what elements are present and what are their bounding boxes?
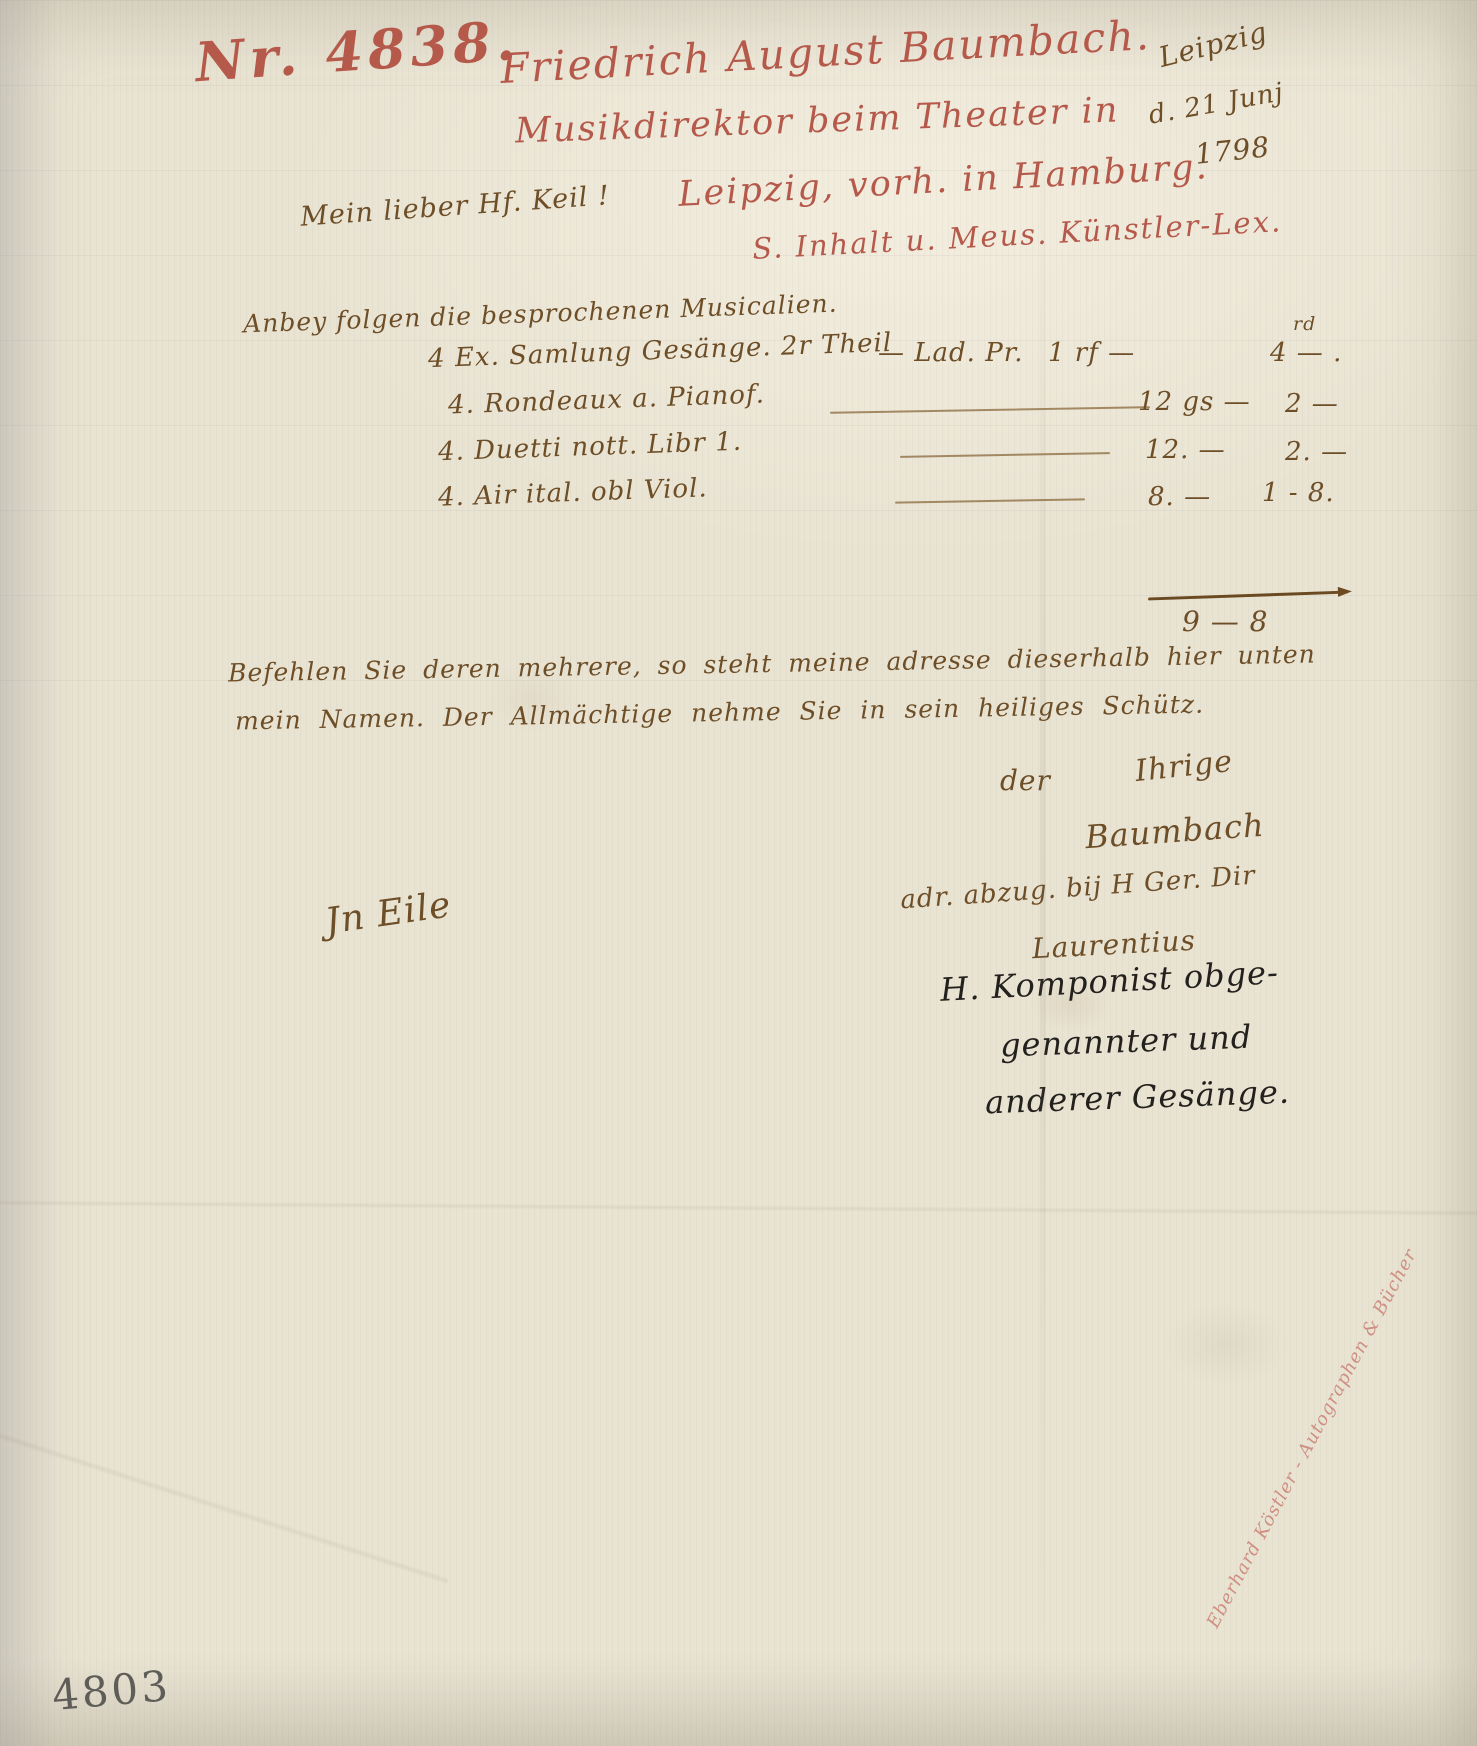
haste-note: Jn Eile xyxy=(323,885,454,942)
paragraph-line-2: mein Namen. Der Allmächtige nehme Sie in… xyxy=(235,691,1204,735)
paper-crease-horizontal xyxy=(0,1200,1477,1216)
postscript-line-2: genannter und xyxy=(999,1020,1252,1064)
dateline-year: 1798 xyxy=(1194,132,1272,170)
item-2-fill-rule xyxy=(830,406,1150,414)
author-place-red: Leipzig, vorh. in Hamburg. xyxy=(677,148,1209,214)
signature: Baumbach xyxy=(1084,808,1266,856)
author-name-red: Friedrich August Baumbach. xyxy=(499,13,1151,92)
item-4-amount: 1 - 8. xyxy=(1262,479,1335,508)
item-1-price: 1 rf — xyxy=(1048,339,1135,368)
item-3-amount: 2. — xyxy=(1285,438,1348,467)
item-3-price: 12. — xyxy=(1145,436,1226,465)
item-3-desc: 4. Duetti nott. Libr 1. xyxy=(438,428,743,467)
intro-line: Anbey folgen die besprochenen Musicalien… xyxy=(243,290,838,338)
dateline-date: d. 21 Junj xyxy=(1147,78,1286,130)
letter-page: Nr. 4838. Friedrich August Baumbach. Mus… xyxy=(0,0,1477,1746)
item-2-desc: 4. Rondeaux a. Pianof. xyxy=(448,380,766,420)
item-4-fill-rule xyxy=(895,498,1085,503)
dateline-city: Leipzig xyxy=(1156,17,1271,74)
postscript-line-1: H. Komponist obge- xyxy=(939,955,1279,1008)
item-1-amount: 4 — . xyxy=(1270,339,1342,368)
item-2-amount: 2 — xyxy=(1285,390,1339,419)
item-4-price: 8. — xyxy=(1148,483,1211,512)
total-amount: 9 — 8 xyxy=(1182,607,1268,638)
item-1-separator: — Lad. Pr. xyxy=(878,339,1024,368)
catalog-number-red: Nr. 4838. xyxy=(193,11,521,93)
postscript-line-3: anderer Gesänge. xyxy=(984,1075,1290,1121)
reference-note-red: S. Inhalt u. Meus. Künstler-Lex. xyxy=(752,206,1283,266)
address-line-1: adr. abzug. bij H Ger. Dir xyxy=(899,862,1256,915)
dealer-stamp: Eberhard Köstler - Autographen & Bücher xyxy=(1203,1245,1422,1631)
item-2-price: 12 gs — xyxy=(1138,388,1251,417)
item-1-desc: 4 Ex. Samlung Gesänge. 2r Theil xyxy=(428,329,893,374)
salutation: Mein lieber Hf. Keil ! xyxy=(299,181,610,232)
item-1-amount-superscript: rd xyxy=(1293,314,1316,335)
item-4-desc: 4. Air ital. obl Viol. xyxy=(438,474,709,512)
item-3-fill-rule xyxy=(900,452,1110,458)
paper-crease-vertical xyxy=(1040,0,1046,1746)
paragraph-line-1: Befehlen Sie deren mehrere, so steht mei… xyxy=(228,641,1316,687)
sum-rule xyxy=(1148,591,1348,601)
valediction-der: der xyxy=(1000,766,1051,797)
valediction-ihrige: Ihrige xyxy=(1134,745,1235,788)
paper-crease-corner xyxy=(0,1423,449,1585)
pencil-number: 4803 xyxy=(50,1663,172,1719)
author-role-red: Musikdirektor beim Theater in xyxy=(515,91,1120,151)
